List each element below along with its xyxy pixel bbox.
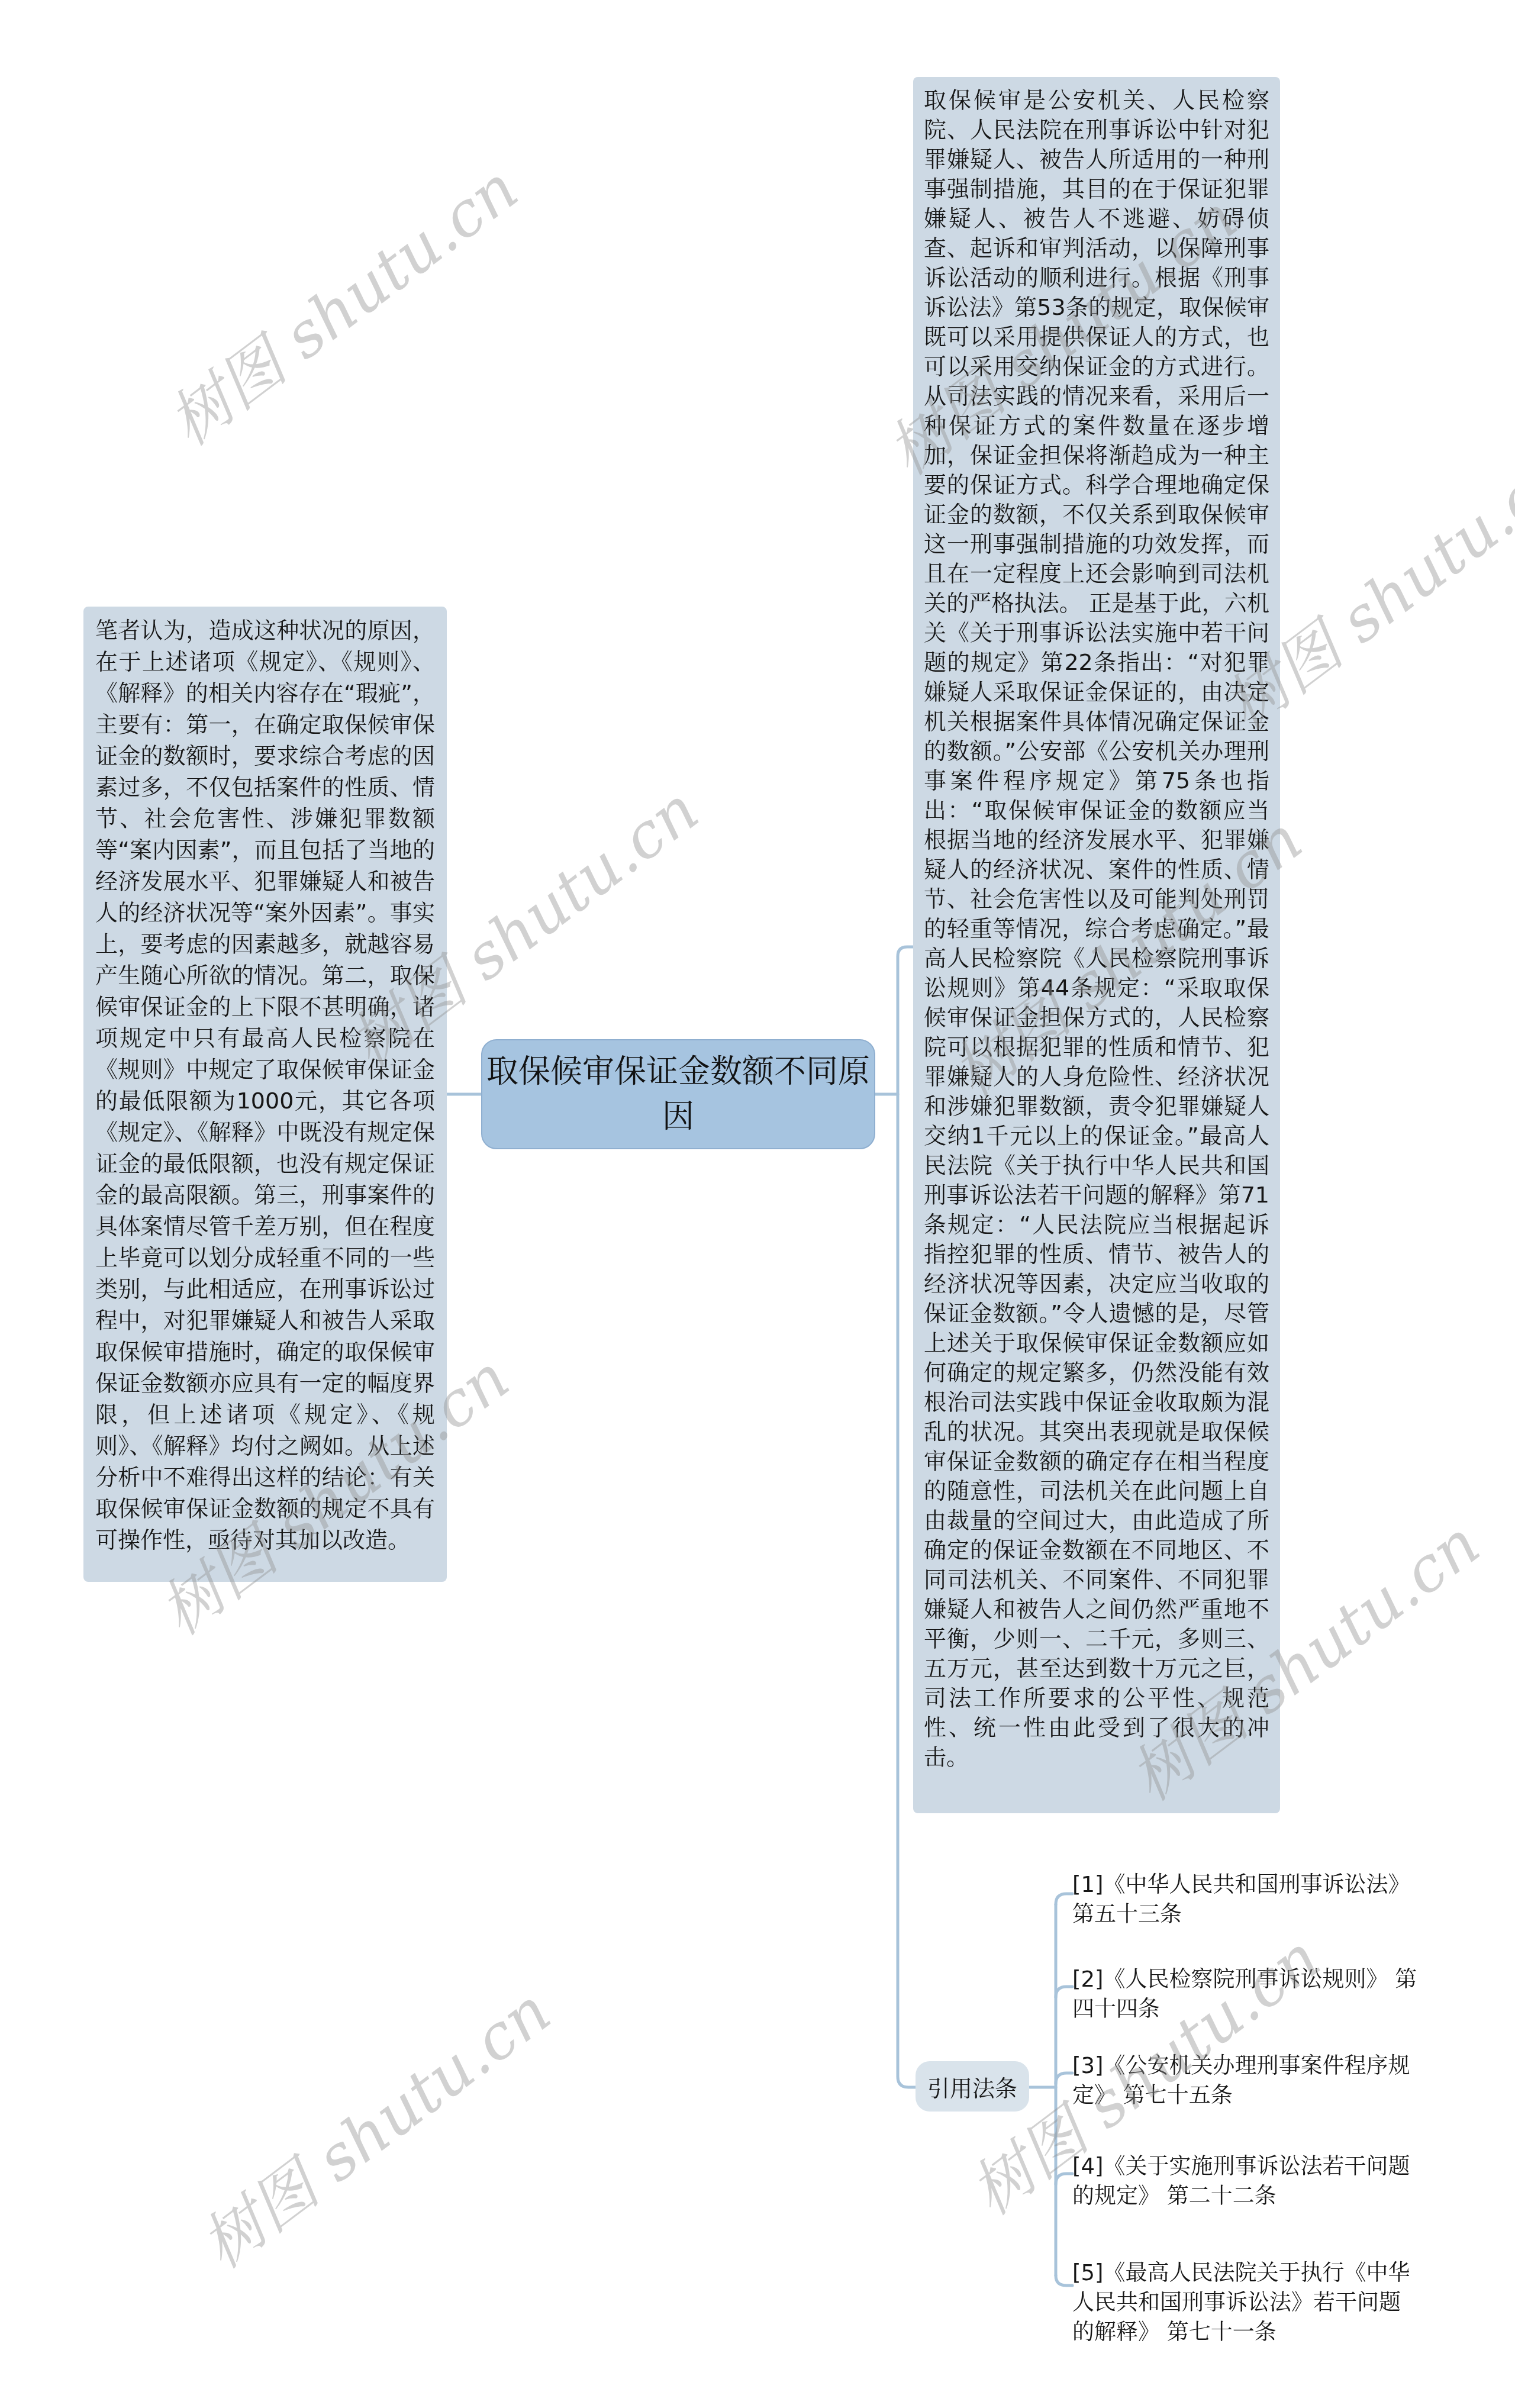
root-topic-node[interactable]: 取保候审保证金数额不同原因 [481, 1039, 875, 1149]
connector-cite-1 [1056, 1894, 1072, 1904]
mindmap-canvas: 笔者认为，造成这种状况的原因，在于上述诸项《规定》、《规则》、《解释》的相关内容… [0, 0, 1515, 2408]
connector-cite-5 [1056, 2275, 1072, 2285]
right-overview-note[interactable]: 取保候审是公安机关、人民检察院、人民法院在刑事诉讼中针对犯罪嫌疑人、被告人所适用… [913, 77, 1280, 1813]
root-topic-label: 取保候审保证金数额不同原因 [482, 1049, 874, 1139]
connector-cite-3 [1056, 2073, 1072, 2084]
right-overview-text: 取保候审是公安机关、人民检察院、人民法院在刑事诉讼中针对犯罪嫌疑人、被告人所适用… [924, 85, 1269, 1772]
citation-item-5[interactable]: [5]《最高人民法院关于执行《中华人民共和国刑事诉讼法》若干问题的解释》 第七十… [1072, 2258, 1420, 2347]
left-analysis-text: 笔者认为，造成这种状况的原因，在于上述诸项《规定》、《规则》、《解释》的相关内容… [95, 615, 435, 1556]
citation-item-3[interactable]: [3]《公安机关办理刑事案件程序规定》 第七十五条 [1072, 2051, 1420, 2110]
citation-item-1[interactable]: [1]《中华人民共和国刑事诉讼法》 第五十三条 [1072, 1870, 1420, 1929]
connector-cite-2 [1056, 1987, 1072, 1997]
left-analysis-note[interactable]: 笔者认为，造成这种状况的原因，在于上述诸项《规定》、《规则》、《解释》的相关内容… [83, 607, 447, 1582]
citation-item-4[interactable]: [4]《关于实施刑事诉讼法若干问题的规定》 第二十二条 [1072, 2152, 1420, 2211]
citation-item-2[interactable]: [2]《人民检察院刑事诉讼规则》 第四十四条 [1072, 1965, 1420, 2024]
cited-statutes-node[interactable]: 引用法条 [916, 2061, 1029, 2112]
connector-cite-4 [1056, 2174, 1072, 2184]
cited-statutes-label: 引用法条 [927, 2070, 1017, 2103]
